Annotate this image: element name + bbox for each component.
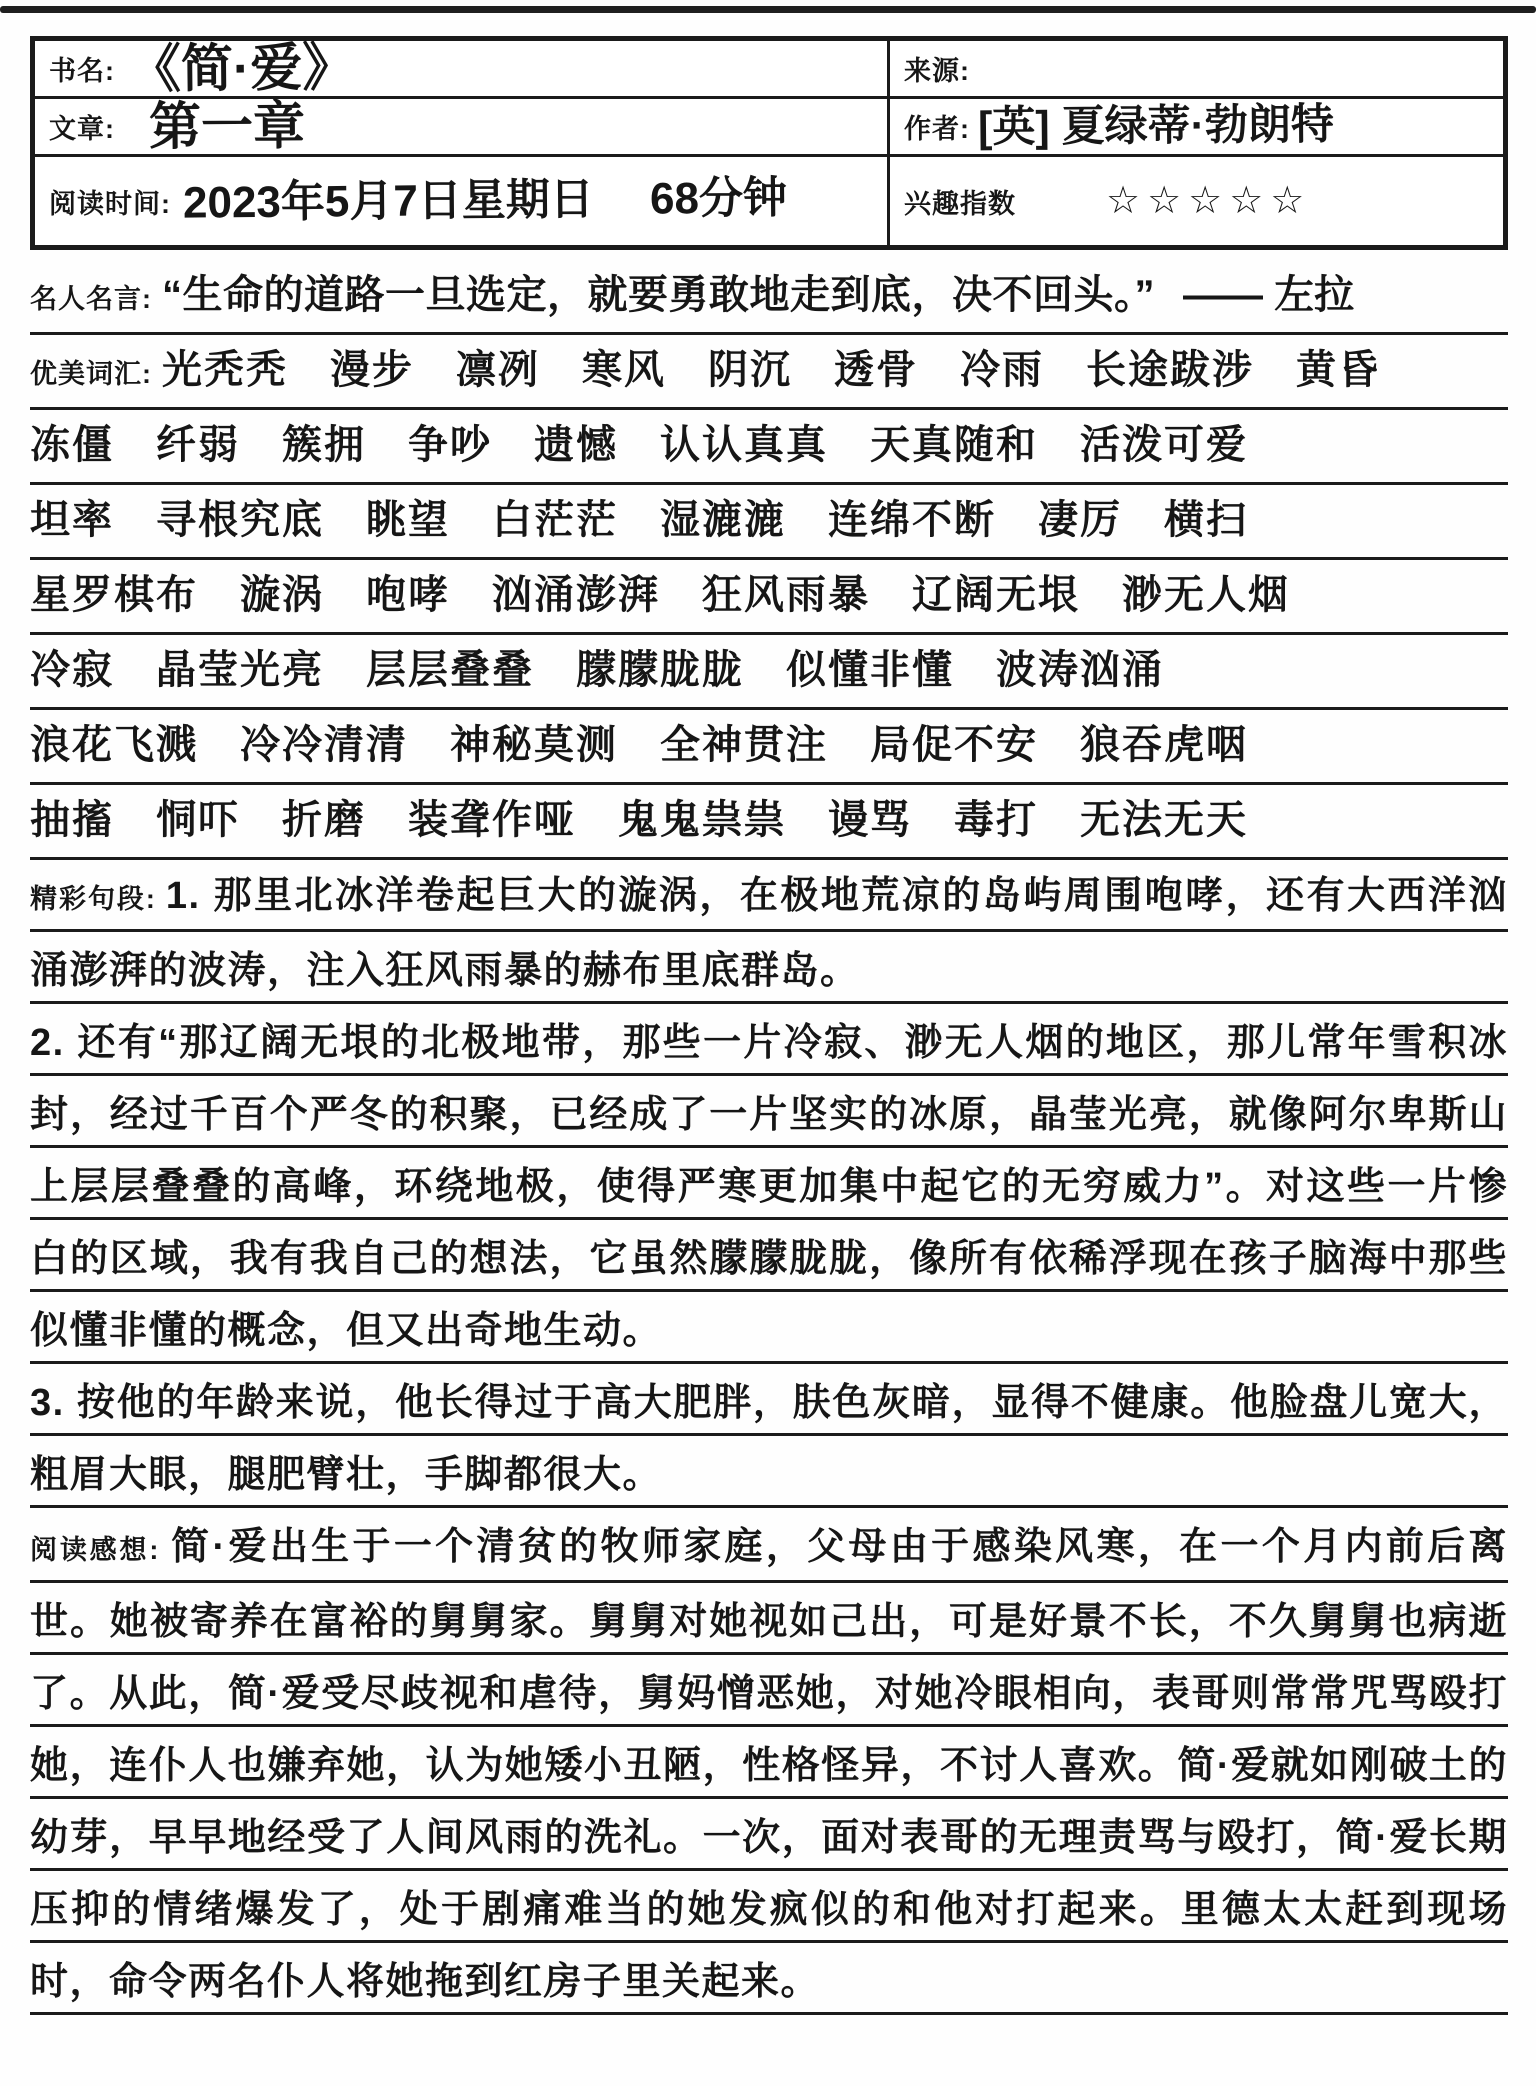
vocab-words: 坦率 寻根究底 眺望 白茫茫 湿漉漉 连绵不断 凄厉 横扫 <box>30 498 1248 542</box>
reading-time-field: 阅读时间: 2023年5月7日星期日 68分钟 <box>35 157 887 245</box>
scan-edge-artifact <box>0 6 1536 13</box>
thoughts-section: 阅读感想:简·爱出生于一个清贫的牧师家庭，父母由于感染风寒，在一个月内前后离世。… <box>30 1511 1508 2018</box>
notes-body: 名人名言:“生命的道路一旦选定，就要勇敢地走到底，决不回头。”—— 左拉 优美词… <box>30 260 1508 2018</box>
article-value: 第一章 <box>149 100 305 153</box>
vocab-words: 冻僵 纤弱 簇拥 争吵 遗憾 认认真真 天真随和 活泼可爱 <box>30 423 1248 467</box>
interest-field: 兴趣指数 ☆☆☆☆☆ <box>887 157 1503 245</box>
vocab-line: 冻僵 纤弱 簇拥 争吵 遗憾 认认真真 天真随和 活泼可爱 <box>30 410 1508 485</box>
vocab-label: 优美词汇: <box>30 359 152 389</box>
author-label: 作者: <box>904 107 970 146</box>
source-label: 来源: <box>904 49 970 88</box>
author-field: 作者: [英] 夏绿蒂·勃朗特 <box>887 99 1503 157</box>
vocab-line: 优美词汇:光秃秃 漫步 凛冽 寒风 阴沉 透骨 冷雨 长途跋涉 黄昏 <box>30 335 1508 410</box>
source-field: 来源: <box>887 41 1503 99</box>
thoughts-paragraph: 阅读感想:简·爱出生于一个清贫的牧师家庭，父母由于感染风寒，在一个月内前后离世。… <box>30 1511 1508 2018</box>
header-table: 书名: 《简·爱》 来源: 文章: 第一章 作者: [英] 夏绿蒂·勃朗特 阅读… <box>30 36 1508 250</box>
quote-text: “生命的道路一旦选定，就要勇敢地走到底，决不回头。” <box>162 273 1155 317</box>
vocab-words: 浪花飞溅 冷冷清清 神秘莫测 全神贯注 局促不安 狼吞虎咽 <box>30 723 1248 767</box>
thoughts-text: 简·爱出生于一个清贫的牧师家庭，父母由于感染风寒，在一个月内前后离世。她被寄养在… <box>30 1526 1508 2003</box>
excerpt-text: 1. 那里北冰洋卷起巨大的漩涡，在极地荒凉的岛屿周围咆哮，还有大西洋汹涌澎湃的波… <box>30 875 1508 992</box>
book-title-label: 书名: <box>49 49 115 88</box>
excerpt-section: 精彩句段:1. 那里北冰洋卷起巨大的漩涡，在极地荒凉的岛屿周围咆哮，还有大西洋汹… <box>30 860 1508 1511</box>
vocab-line: 浪花飞溅 冷冷清清 神秘莫测 全神贯注 局促不安 狼吞虎咽 <box>30 710 1508 785</box>
article-label: 文章: <box>49 107 115 146</box>
excerpt-paragraph: 精彩句段:1. 那里北冰洋卷起巨大的漩涡，在极地荒凉的岛屿周围咆哮，还有大西洋汹… <box>30 860 1508 1007</box>
vocab-line: 冷寂 晶莹光亮 层层叠叠 朦朦胧胧 似懂非懂 波涛汹涌 <box>30 635 1508 710</box>
book-title-field: 书名: 《简·爱》 <box>35 41 887 99</box>
author-value: [英] 夏绿蒂·勃朗特 <box>978 103 1334 149</box>
quote-label: 名人名言: <box>30 284 152 314</box>
interest-label: 兴趣指数 <box>904 182 1016 221</box>
vocab-words: 光秃秃 漫步 凛冽 寒风 阴沉 透骨 冷雨 长途跋涉 黄昏 <box>162 348 1380 392</box>
thoughts-label: 阅读感想: <box>30 1535 159 1565</box>
article-field: 文章: 第一章 <box>35 99 887 157</box>
interest-stars: ☆☆☆☆☆ <box>1106 182 1311 220</box>
excerpt-text: 3. 按他的年龄来说，他长得过于高大肥胖，肤色灰暗，显得不健康。他脸盘儿宽大，粗… <box>30 1382 1508 1496</box>
reading-notes-page: 书名: 《简·爱》 来源: 文章: 第一章 作者: [英] 夏绿蒂·勃朗特 阅读… <box>0 0 1536 2086</box>
vocab-words: 星罗棋布 漩涡 咆哮 汹涌澎湃 狂风雨暴 辽阔无垠 渺无人烟 <box>30 573 1290 617</box>
reading-time-label: 阅读时间: <box>49 182 171 221</box>
excerpt-paragraph: 2. 还有“那辽阔无垠的北极地带，那些一片冷寂、渺无人烟的地区，那儿常年雪积冰封… <box>30 1007 1508 1367</box>
excerpt-paragraph: 3. 按他的年龄来说，他长得过于高大肥胖，肤色灰暗，显得不健康。他脸盘儿宽大，粗… <box>30 1367 1508 1511</box>
vocab-line: 抽搐 恫吓 折磨 装聋作哑 鬼鬼祟祟 谩骂 毒打 无法无天 <box>30 785 1508 860</box>
vocab-section: 优美词汇:光秃秃 漫步 凛冽 寒风 阴沉 透骨 冷雨 长途跋涉 黄昏 冻僵 纤弱… <box>30 335 1508 860</box>
book-title-value: 《简·爱》 <box>129 41 355 95</box>
excerpt-label: 精彩句段: <box>30 884 156 914</box>
quote-attribution: —— 左拉 <box>1183 273 1354 317</box>
reading-time-value: 2023年5月7日星期日 68分钟 <box>183 176 787 225</box>
vocab-line: 星罗棋布 漩涡 咆哮 汹涌澎湃 狂风雨暴 辽阔无垠 渺无人烟 <box>30 560 1508 635</box>
vocab-words: 冷寂 晶莹光亮 层层叠叠 朦朦胧胧 似懂非懂 波涛汹涌 <box>30 648 1164 692</box>
vocab-words: 抽搐 恫吓 折磨 装聋作哑 鬼鬼祟祟 谩骂 毒打 无法无天 <box>30 798 1248 842</box>
quote-line: 名人名言:“生命的道路一旦选定，就要勇敢地走到底，决不回头。”—— 左拉 <box>30 260 1508 335</box>
vocab-line: 坦率 寻根究底 眺望 白茫茫 湿漉漉 连绵不断 凄厉 横扫 <box>30 485 1508 560</box>
excerpt-text: 2. 还有“那辽阔无垠的北极地带，那些一片冷寂、渺无人烟的地区，那儿常年雪积冰封… <box>30 1022 1508 1352</box>
